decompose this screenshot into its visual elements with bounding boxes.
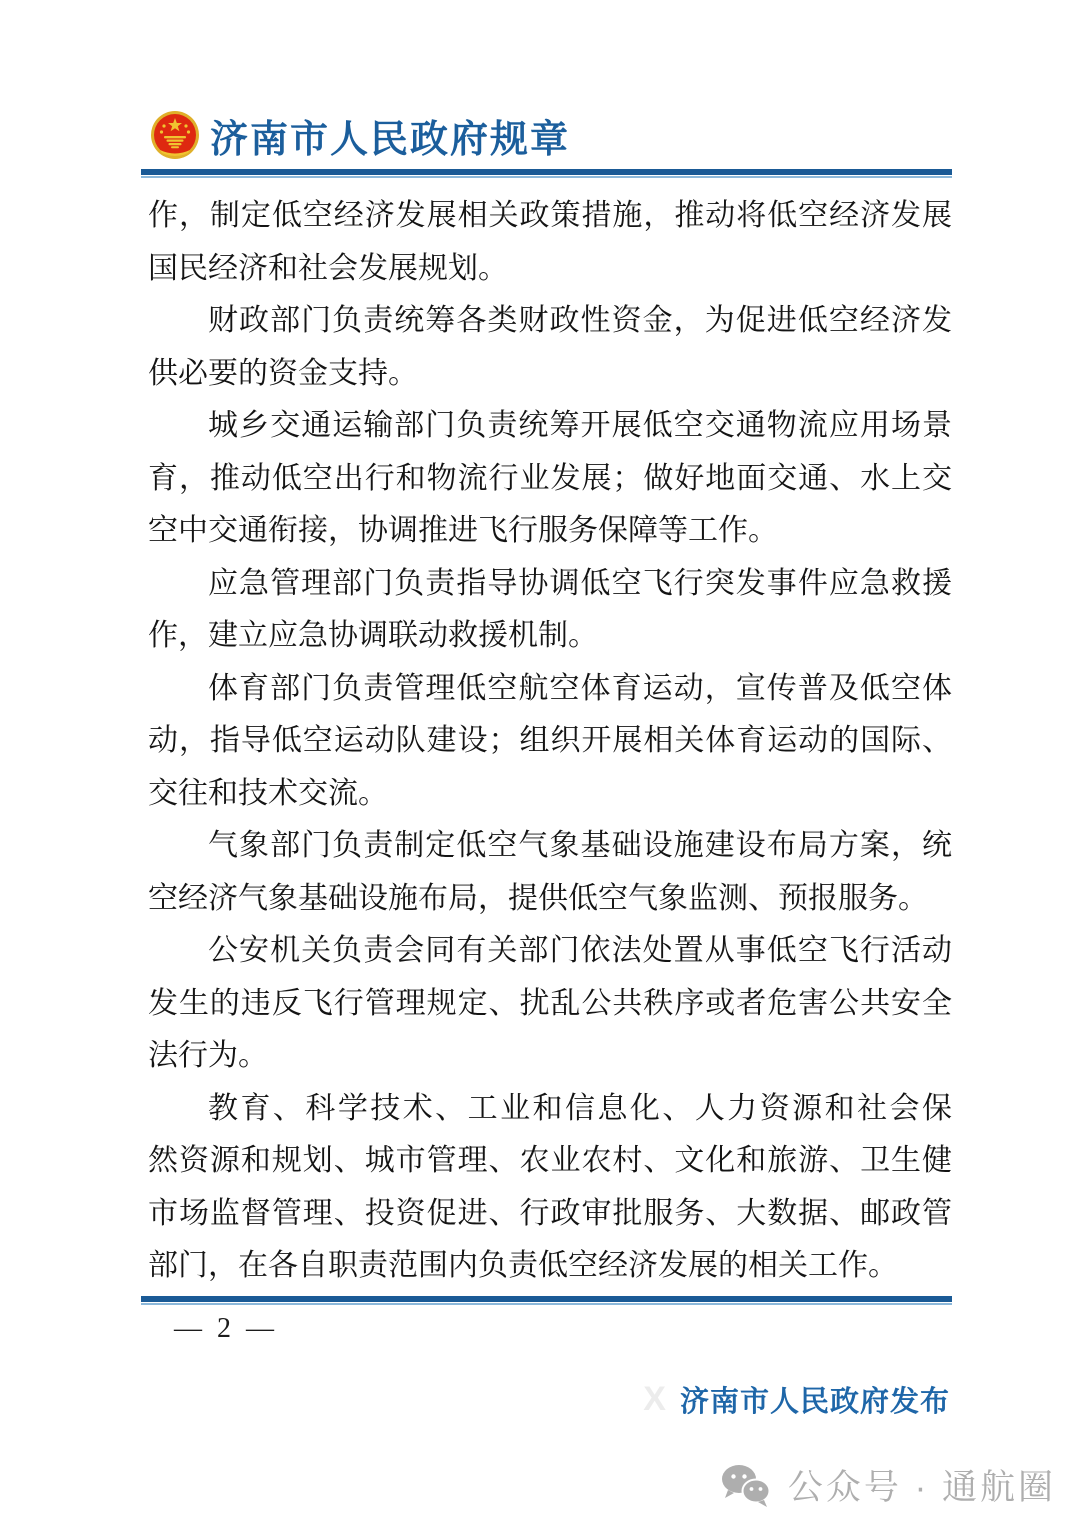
text-line: 法行为。 bbox=[148, 1030, 952, 1083]
footer-divider bbox=[141, 1296, 952, 1305]
text-line: 气象部门负责制定低空气象基础设施建设布局方案，统筹低 bbox=[148, 820, 952, 873]
publisher-row: X 济南市人民政府发布 bbox=[643, 1379, 950, 1420]
header: 济南市人民政府规章 bbox=[150, 106, 952, 164]
document-page: 济南市人民政府规章 作，制定低空经济发展相关政策措施，推动将低空经济发展纳入国民… bbox=[0, 0, 1080, 1528]
text-line: 作，制定低空经济发展相关政策措施，推动将低空经济发展纳入 bbox=[148, 190, 952, 243]
text-line: 城乡交通运输部门负责统筹开展低空交通物流应用场景培 bbox=[148, 400, 952, 453]
text-line: 然资源和规划、城市管理、农业农村、文化和旅游、卫生健康、 bbox=[148, 1135, 952, 1188]
text-line: 公安机关负责会同有关部门依法处置从事低空飞行活动时 bbox=[148, 925, 952, 978]
publisher-label: 济南市人民政府发布 bbox=[680, 1379, 950, 1420]
faint-x-watermark: X bbox=[643, 1380, 666, 1419]
text-line: 作，建立应急协调联动救援机制。 bbox=[148, 610, 952, 663]
text-line: 部门，在各自职责范围内负责低空经济发展的相关工作。 bbox=[148, 1240, 952, 1293]
text-line: 动，指导低空运动队建设；组织开展相关体育运动的国际、国内 bbox=[148, 715, 952, 768]
wechat-account-label: 公众号 · 通航圈 bbox=[788, 1460, 1056, 1510]
text-line: 应急管理部门负责指导协调低空飞行突发事件应急救援工 bbox=[148, 558, 952, 611]
text-line: 交往和技术交流。 bbox=[148, 768, 952, 821]
text-line: 发生的违反飞行管理规定、扰乱公共秩序或者危害公共安全等违 bbox=[148, 978, 952, 1031]
text-line: 育，推动低空出行和物流行业发展；做好地面交通、水上交通和 bbox=[148, 453, 952, 506]
header-divider bbox=[141, 169, 952, 178]
page-title: 济南市人民政府规章 bbox=[210, 108, 570, 163]
text-line: 空经济气象基础设施布局，提供低空气象监测、预报服务。 bbox=[148, 873, 952, 926]
page-number: — 2 — bbox=[174, 1313, 278, 1345]
wechat-icon bbox=[720, 1463, 772, 1507]
text-line: 财政部门负责统筹各类财政性资金，为促进低空经济发展提 bbox=[148, 295, 952, 348]
text-line: 国民经济和社会发展规划。 bbox=[148, 243, 952, 296]
wechat-account-watermark: 公众号 · 通航圈 bbox=[720, 1460, 1056, 1510]
text-line: 空中交通衔接，协调推进飞行服务保障等工作。 bbox=[148, 505, 952, 558]
text-line: 供必要的资金支持。 bbox=[148, 348, 952, 401]
china-national-emblem-icon bbox=[150, 110, 200, 160]
text-line: 体育部门负责管理低空航空体育运动，宣传普及低空体育运 bbox=[148, 663, 952, 716]
document-body: 作，制定低空经济发展相关政策措施，推动将低空经济发展纳入国民经济和社会发展规划。… bbox=[148, 190, 952, 1293]
text-line: 市场监督管理、投资促进、行政审批服务、大数据、邮政管理等 bbox=[148, 1188, 952, 1241]
text-line: 教育、科学技术、工业和信息化、人力资源和社会保障、自 bbox=[148, 1083, 952, 1136]
